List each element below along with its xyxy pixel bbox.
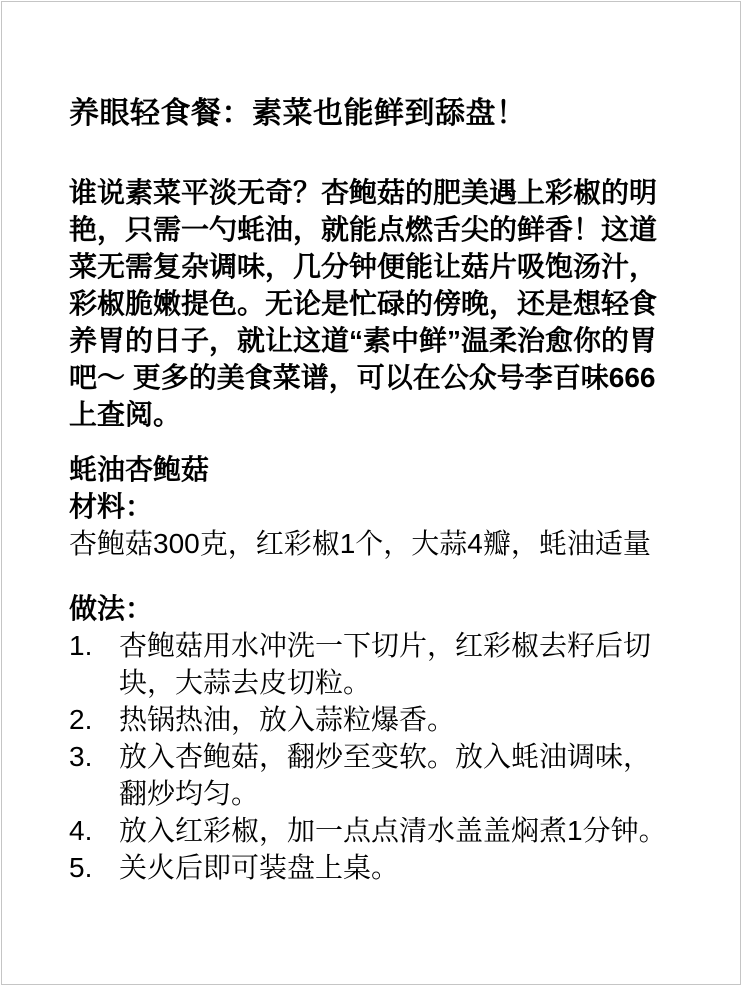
ingredients-text: 杏鲍菇300克，红彩椒1个，大蒜4瓣，蚝油适量 bbox=[69, 525, 676, 562]
step-item: 热锅热油，放入蒜粒爆香。 bbox=[69, 701, 676, 738]
steps-list: 杏鲍菇用水冲洗一下切片，红彩椒去籽后切块，大蒜去皮切粒。热锅热油，放入蒜粒爆香。… bbox=[69, 627, 676, 886]
recipe-name: 蚝油杏鲍菇 bbox=[69, 451, 676, 488]
step-item: 杏鲍菇用水冲洗一下切片，红彩椒去籽后切块，大蒜去皮切粒。 bbox=[69, 627, 676, 701]
step-item: 放入红彩椒，加一点点清水盖盖焖煮1分钟。 bbox=[69, 812, 676, 849]
steps-label: 做法： bbox=[69, 590, 676, 627]
ingredients-label: 材料： bbox=[69, 488, 676, 525]
recipe-document-page: 养眼轻食餐：素菜也能鲜到舔盘！ 谁说素菜平淡无奇？杏鲍菇的肥美遇上彩椒的明艳，只… bbox=[1, 1, 741, 985]
page-title: 养眼轻食餐：素菜也能鲜到舔盘！ bbox=[69, 94, 676, 134]
intro-paragraph: 谁说素菜平淡无奇？杏鲍菇的肥美遇上彩椒的明艳，只需一勺蚝油，就能点燃舌尖的鲜香！… bbox=[69, 174, 676, 433]
step-item: 关火后即可装盘上桌。 bbox=[69, 849, 676, 886]
step-item: 放入杏鲍菇，翻炒至变软。放入蚝油调味，翻炒均匀。 bbox=[69, 738, 676, 812]
